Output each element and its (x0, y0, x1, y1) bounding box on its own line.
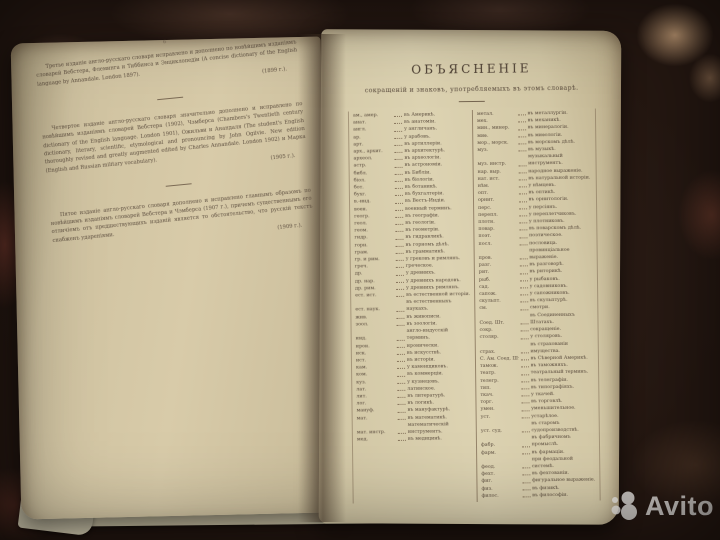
dotted-leader (398, 440, 406, 441)
avito-watermark: Avito (607, 489, 714, 523)
dotted-leader (398, 390, 406, 391)
dotted-leader (397, 325, 405, 326)
dotted-leader (523, 496, 531, 497)
dotted-leader (396, 246, 404, 247)
dotted-leader (520, 237, 528, 238)
abbreviation-meaning: математическій инструментъ. (408, 421, 473, 436)
abbreviation-label: посл. (478, 240, 517, 248)
abbreviation-meaning: въ старомъ судопроизводствѣ. (531, 419, 596, 434)
dotted-leader (519, 223, 527, 224)
left-page-content: 6 Третье изданіе англо-русскаго словаря … (34, 26, 314, 253)
dotted-leader (520, 302, 528, 303)
dotted-leader (519, 208, 527, 209)
abbreviation-label: мед. (357, 436, 397, 444)
dotted-leader (522, 467, 530, 468)
dotted-leader (395, 203, 403, 204)
dotted-leader (396, 267, 404, 268)
dotted-leader (521, 338, 529, 339)
dotted-leader (396, 282, 404, 283)
abbreviation-label: ест. ист. (355, 292, 395, 300)
avito-logo-icon (607, 489, 641, 523)
entry-row: мат. инстр.математическій инструментъ. (357, 421, 473, 437)
abbreviation-label: мат. (357, 414, 397, 422)
dotted-leader (398, 404, 406, 405)
table-column-right: метал.въ металлургіи.мех.въ механикѣ.мин… (472, 109, 600, 502)
page-subtitle: сокращеній и знаковъ, употребляемыхъ въ … (348, 84, 596, 94)
dotted-leader (396, 253, 404, 254)
dotted-leader (395, 181, 403, 182)
abbreviation-label: филос. (482, 492, 521, 500)
dotted-leader (396, 239, 404, 240)
abbreviation-meaning: въ фабричномъ промыслѣ. (531, 434, 596, 449)
abbreviation-label: уст. суд. (481, 427, 520, 435)
dotted-leader (397, 339, 405, 340)
dotted-leader (518, 151, 526, 152)
dotted-leader (519, 172, 527, 173)
dotted-leader (395, 130, 403, 131)
dotted-leader (522, 475, 530, 476)
dotted-leader (398, 433, 406, 434)
dotted-leader (395, 159, 403, 160)
dotted-leader (396, 224, 404, 225)
entry-row: филос.въ философіи. (482, 491, 597, 500)
dotted-leader (523, 482, 531, 483)
abbreviation-meaning: въ Соединенныхъ Штатахъ. (530, 311, 595, 326)
dotted-leader (397, 289, 405, 290)
dotted-leader (521, 381, 529, 382)
table-column-left: ам., амер.въ Америкѣ.анат.въ анатоміи.ан… (349, 110, 476, 446)
abbreviation-label: уст. (481, 413, 520, 421)
dotted-leader (522, 417, 530, 418)
dotted-leader (522, 403, 530, 404)
entry-row: пров.провинціальное выраженіе. (479, 246, 594, 262)
abbreviation-meaning: при феодальной системѣ. (532, 455, 597, 470)
dotted-leader (519, 230, 527, 231)
dotted-leader (398, 397, 406, 398)
abbreviation-table: ам., амер.въ Америкѣ.анат.въ анатоміи.ан… (348, 108, 601, 503)
abbreviation-meaning: англо-индусскій терминъ. (407, 327, 472, 342)
dotted-leader (397, 368, 405, 369)
dotted-leader (521, 331, 529, 332)
abbreviation-label: муз. (477, 146, 516, 154)
abbreviation-label: см. (479, 305, 518, 313)
dotted-leader (518, 129, 526, 130)
dotted-leader (398, 383, 406, 384)
entry-row: инд.англо-индусскій терминъ. (356, 327, 472, 343)
watermark-label: Avito (645, 491, 714, 522)
entry-row: феод.при феодальной системѣ. (481, 455, 596, 471)
dotted-leader (395, 195, 403, 196)
abbreviation-meaning: музыкальный инструментъ. (528, 153, 593, 168)
abbreviation-meaning: въ философіи. (532, 491, 596, 499)
paragraph-divider (166, 183, 192, 187)
dotted-leader (520, 280, 528, 281)
dotted-leader (395, 188, 403, 189)
entry-row: уст. суд.въ старомъ судопроизводствѣ. (481, 419, 596, 435)
dotted-leader (522, 446, 530, 447)
entry-row: муз. инстр.музыкальный инструментъ. (477, 153, 592, 169)
dotted-leader (522, 431, 530, 432)
dotted-leader (521, 359, 529, 360)
dotted-leader (397, 311, 405, 312)
abbreviation-label: фарм. (481, 449, 520, 457)
dotted-leader (518, 143, 526, 144)
dotted-leader (397, 318, 405, 319)
entry-row: страх.въ страхованіи имущества. (480, 340, 595, 356)
dotted-leader (521, 352, 529, 353)
dotted-leader (519, 215, 527, 216)
dotted-leader (518, 136, 526, 137)
abbreviation-meaning: въ естественныхъ наукахъ. (406, 298, 471, 313)
edition-paragraphs: Третье изданіе англо-русскаго словаря ис… (35, 38, 314, 253)
dotted-leader (398, 375, 406, 376)
dotted-leader (520, 244, 528, 245)
photo-of-open-book: 6 Третье изданіе англо-русскаго словаря … (0, 0, 720, 540)
dotted-leader (521, 367, 529, 368)
entry-row: Соед. Шт.въ Соединенныхъ Штатахъ. (479, 311, 594, 327)
dotted-leader (395, 138, 403, 139)
dotted-leader (395, 174, 403, 175)
dotted-leader (397, 361, 405, 362)
entry-row: фабр.въ фабричномъ промыслѣ. (481, 434, 596, 450)
dotted-leader (519, 165, 527, 166)
paragraph-divider (157, 97, 183, 101)
dotted-leader (522, 453, 530, 454)
abbreviation-meaning: провинціальное выраженіе. (529, 246, 594, 261)
abbreviation-meaning: въ медицинѣ. (408, 435, 473, 443)
dotted-leader (521, 388, 529, 389)
dotted-leader (394, 123, 402, 124)
dotted-leader (396, 217, 404, 218)
dotted-leader (520, 266, 528, 267)
dotted-leader (398, 411, 406, 412)
dotted-leader (522, 410, 530, 411)
abbreviation-meaning: въ страхованіи имущества. (530, 340, 595, 355)
dotted-leader (520, 295, 528, 296)
dotted-leader (397, 354, 405, 355)
dotted-leader (396, 231, 404, 232)
dotted-leader (396, 275, 404, 276)
entry-row: мед.въ медицинѣ. (357, 435, 473, 444)
dotted-leader (397, 347, 405, 348)
dotted-leader (519, 201, 527, 202)
dotted-leader (395, 166, 403, 167)
dotted-leader (520, 259, 528, 260)
dotted-leader (521, 395, 529, 396)
dotted-leader (519, 179, 527, 180)
dotted-leader (394, 116, 402, 117)
dotted-leader (520, 287, 528, 288)
dotted-leader (396, 260, 404, 261)
dotted-leader (518, 115, 526, 116)
dotted-leader (521, 323, 529, 324)
abbreviation-label: столяр. (480, 334, 519, 342)
dotted-leader (396, 210, 404, 211)
page-title: ОБЪЯСНЕНІЕ (347, 61, 595, 78)
dotted-leader (518, 122, 526, 123)
title-rule (459, 101, 485, 102)
dotted-leader (395, 152, 403, 153)
dotted-leader (519, 194, 527, 195)
dotted-leader (520, 309, 528, 310)
dotted-leader (520, 273, 528, 274)
dotted-leader (523, 489, 531, 490)
dotted-leader (395, 145, 403, 146)
abbreviation-label: зоол. (355, 321, 395, 329)
dotted-leader (519, 187, 527, 188)
dotted-leader (521, 374, 529, 375)
entry-row: ест. наук.въ естественныхъ наукахъ. (355, 298, 471, 314)
dotted-leader (398, 419, 406, 420)
dotted-leader (397, 296, 405, 297)
right-page-content: ОБЪЯСНЕНІЕ сокращеній и знаковъ, употреб… (347, 61, 600, 504)
